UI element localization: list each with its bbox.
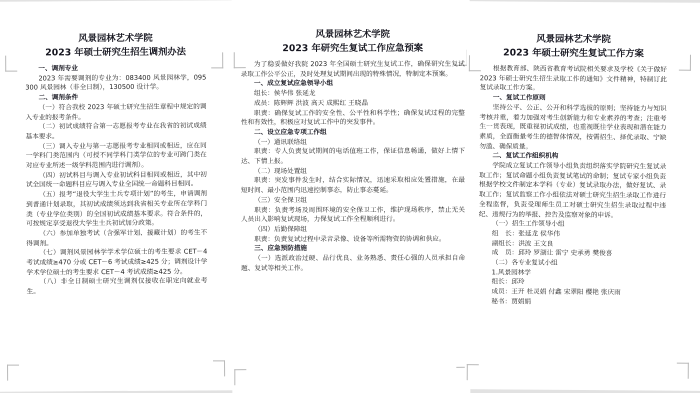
doc-title-institution: 风景园林艺术学院	[241, 28, 465, 42]
doc-title-institution: 风景园林艺术学院	[25, 31, 206, 46]
doc-paragraph: （四）后勤保障组	[241, 225, 465, 235]
doc-paragraph: 学院成立复试工作领导小组负责组织落实学院研究生复试录取工作；复试命题小组负责复试…	[479, 161, 666, 221]
document-page-2: 风景园林艺术学院 2023 年研究生复试工作应急预案 为了稳妥做好我院 2023…	[232, 0, 471, 393]
doc-paragraph: （二）初试成绩符合第一志愿报考专业在我省的初试成绩基本要求。	[26, 122, 207, 143]
doc-paragraph: （四）初试科目与调入专业初试科目相同或相近，其中初试全国统一命题科目应与调入专业…	[26, 170, 207, 191]
doc-paragraph: 职责：专人负责复试期间的电话值班工作，保证信息畅通，做好上情下达、下情上报。	[241, 147, 465, 167]
doc-body: 一、调剂专业2023 年需要调剂的专业为：083400 风景园林学，095300…	[25, 63, 207, 297]
doc-paragraph: 一、成立复试应急领导小组	[241, 79, 465, 89]
doc-paragraph: （六）参加单独考试（含强军计划、援藏计划）的考生不得调剂。	[26, 228, 207, 249]
doc-paragraph: 三、应急预防措施	[241, 244, 465, 254]
doc-paragraph: （一）选派政治过硬、品行优良、业务熟悉、责任心强的人员承担自命题、复试等相关工作…	[241, 254, 465, 274]
doc-paragraph: （三）安全保卫组	[241, 196, 465, 206]
document-page-3: 风景园林艺术学院 2023 年硕士研究生复试工作方案 根据教育部、陕西省教育考试…	[465, 1, 700, 391]
document-content: 风景园林艺术学院 2023 年研究生复试工作应急预案 为了稳妥做好我院 2023…	[232, 0, 471, 393]
doc-paragraph: （三）调入专业与第一志愿报考专业相同或相近，应在同一学科门类范围内（可授不同学科…	[26, 141, 207, 171]
doc-paragraph: 职责：突发事件发生时，结合实际情况，迅速采取相应处置措施，在最短时间、最小范围内…	[241, 176, 465, 196]
doc-paragraph: 组长：侯华伟 张延龙	[241, 89, 465, 99]
doc-title-block: 风景园林艺术学院 2023 年硕士研究生招生调剂办法	[25, 31, 206, 60]
doc-paragraph: 职责：确保复试工作的安全性、公平性和科学性；确保复试过程的完整性和有效性，积极应…	[241, 108, 465, 128]
doc-title-subject: 2023 年硕士研究生复试工作方案	[480, 46, 667, 61]
doc-paragraph: 2023 年需要调剂的专业为：083400 风景园林学，095300 风景园林（…	[25, 73, 206, 94]
doc-paragraph: 职责：负责复试过程中录音录像、设备等所需物资的协调和供应。	[241, 234, 465, 244]
doc-title-block: 风景园林艺术学院 2023 年研究生复试工作应急预案	[241, 28, 465, 56]
document-content: 风景园林艺术学院 2023 年硕士研究生复试工作方案 根据教育部、陕西省教育考试…	[465, 1, 700, 391]
doc-paragraph: （七）调剂风景园林学学术学位硕士的考生要求 CET－4 考试成绩≥470 分或 …	[26, 248, 207, 278]
doc-paragraph: 成员：陈辉辉 洪波 高天 成熙红 王晓晶	[241, 99, 465, 109]
doc-title-subject: 2023 年研究生复试工作应急预案	[241, 42, 465, 56]
doc-paragraph: 坚持公平、公正、公开和科学选拔的原则；坚持能力与知识考核并重，着力加强对考生创新…	[479, 103, 666, 153]
doc-paragraph: 二、设立应急专项工作组	[241, 128, 465, 138]
doc-paragraph: （八）非全日制硕士研究生调剂仅接收在职定向就业考生。	[26, 277, 207, 298]
doc-title-block: 风景园林艺术学院 2023 年硕士研究生复试工作方案	[480, 32, 667, 61]
doc-body: 根据教育部、陕西省教育考试院相关要求及学校《关于做好 2023 年硕士研究生招生…	[478, 64, 667, 308]
document-content: 风景园林艺术学院 2023 年硕士研究生招生调剂办法 一、调剂专业2023 年需…	[0, 0, 237, 391]
doc-title-subject: 2023 年硕士研究生招生调剂办法	[25, 45, 206, 60]
doc-paragraph: （一）符合我校 2023 年硕士研究生招生章程中规定的调入专业的报考条件。	[25, 102, 206, 123]
doc-paragraph: 为了稳妥做好我院 2023 年全国硕士研究生复试工作，确保研究生复试录取工作公平…	[241, 60, 465, 80]
doc-paragraph: 根据教育部、陕西省教育考试院相关要求及学校《关于做好 2023 年硕士研究生招生…	[480, 64, 667, 94]
doc-paragraph: 职责：负责考场及周围环境的安全保卫工作，维护现场秩序，禁止无关人员出入影响复试现…	[241, 205, 465, 225]
document-page-1: 风景园林艺术学院 2023 年硕士研究生招生调剂办法 一、调剂专业2023 年需…	[0, 0, 237, 391]
doc-title-institution: 风景园林艺术学院	[480, 32, 667, 47]
doc-body: 为了稳妥做好我院 2023 年全国硕士研究生复试工作，确保研究生复试录取工作公平…	[241, 60, 465, 274]
doc-paragraph: 秘书：贾娟娟	[478, 297, 665, 308]
doc-paragraph: （五）报考“退役大学生士兵专项计划”的考生，申请调剂到普通计划录取，其初试成绩须…	[26, 190, 207, 230]
